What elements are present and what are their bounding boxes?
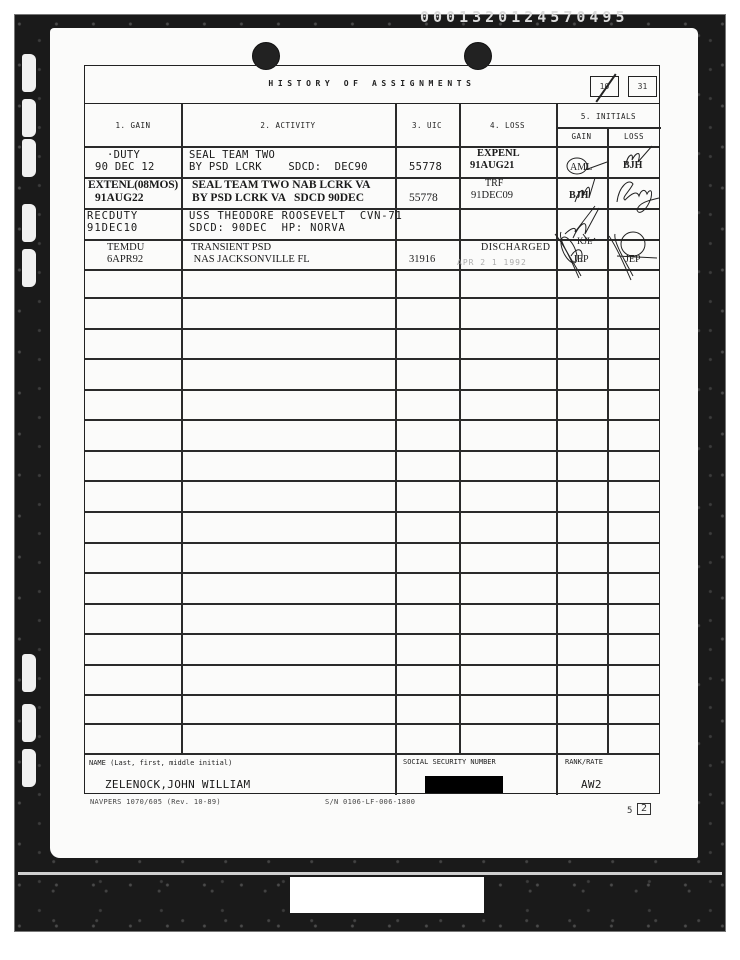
name-label: NAME (Last, first, middle initial) (89, 759, 232, 767)
activity-line-1: SEAL TEAM TWO (189, 149, 275, 161)
page-box-total-value: 31 (638, 82, 648, 91)
gain-type: RECDUTY (87, 210, 138, 222)
col-header-activity: 2. ACTIVITY (181, 121, 395, 130)
gain-date: 91AUG22 (95, 192, 144, 204)
signature-icon (569, 176, 599, 206)
discharge-stamp: APR 2 1 1992 (457, 258, 527, 267)
col-header-initials-gain: GAIN (556, 132, 607, 141)
binder-strip (14, 14, 44, 874)
row-divider (85, 511, 659, 513)
gain-type: EXTENL(08MOS) (88, 179, 178, 191)
col-header-gain: 1. GAIN (85, 121, 181, 130)
uic-value: 55778 (409, 161, 442, 173)
page-box-total: 31 (628, 76, 657, 97)
page-number: 2 (641, 803, 647, 814)
ssn-redaction (425, 776, 503, 793)
col-header-initials-loss: LOSS (607, 132, 661, 141)
gain-type: ·DUTY (107, 149, 140, 161)
loss-type: DISCHARGED (481, 242, 550, 254)
col-header-initials: 5. INITIALS (556, 112, 661, 121)
scan-edge-line (18, 872, 722, 875)
page-number-box: 2 (637, 803, 651, 815)
row-divider (85, 450, 659, 452)
form-number: NAVPERS 1070/605 (Rev. 10-89) (90, 798, 221, 806)
gain-type: TEMDU (107, 242, 144, 254)
row-divider (85, 480, 659, 482)
activity-line-2: BY PSD LCRK VA SDCD 90DEC (192, 192, 364, 204)
binder-tab (22, 654, 36, 692)
row-divider (85, 297, 659, 299)
row-divider (556, 127, 661, 129)
activity-line-1: USS THEODORE ROOSEVELT CVN-71 (189, 210, 403, 222)
form-title-row: HISTORY OF ASSIGNMENTS 10 31 (85, 66, 659, 104)
row-divider (85, 723, 659, 725)
loss-date: 91DEC09 (471, 190, 513, 202)
stock-number: S/N 0106-LF-006-1800 (325, 798, 415, 806)
row-divider (85, 664, 659, 666)
scan-number: 0001320124570495 (420, 8, 670, 26)
row-divider (85, 419, 659, 421)
binder-tab (22, 139, 36, 177)
loss-type: TRF (485, 178, 503, 190)
uic-value: 55778 (409, 192, 438, 204)
form-title: HISTORY OF ASSIGNMENTS (85, 79, 659, 88)
binder-tab (22, 249, 36, 287)
signature-icon (620, 144, 660, 168)
uic-value: 31916 (409, 254, 435, 266)
assignment-history-form: HISTORY OF ASSIGNMENTS 10 31 1. GAIN 2. … (84, 65, 660, 794)
signature-icon (611, 174, 661, 218)
activity-line-2: NAS JACKSONVILLE FL (191, 254, 310, 266)
rank-value: AW2 (581, 778, 602, 791)
signature-icon (551, 226, 601, 282)
gain-date: 6APR92 (107, 254, 143, 266)
loss-date: 91AUG21 (470, 160, 514, 172)
loss-type: EXPENL (477, 148, 520, 160)
gain-date: 91DEC10 (87, 222, 138, 234)
binder-tab (22, 54, 36, 92)
row-divider (85, 389, 659, 391)
row-divider (85, 753, 659, 755)
col-divider (181, 104, 183, 753)
binder-tab (22, 749, 36, 787)
activity-line-2: BY PSD LCRK SDCD: DEC90 (189, 161, 368, 173)
col-header-loss: 4. LOSS (459, 121, 556, 130)
row-divider (85, 572, 659, 574)
page-box-current: 10 (590, 76, 619, 97)
col-header-uic: 3. UIC (395, 121, 459, 130)
col-divider (459, 104, 461, 753)
name-value: ZELENOCK,JOHN WILLIAM (105, 778, 250, 791)
binder-tab (22, 704, 36, 742)
signature-icon (603, 226, 661, 282)
binder-tab (22, 99, 36, 137)
row-divider (85, 358, 659, 360)
row-divider (85, 633, 659, 635)
row-divider (85, 146, 659, 148)
redaction-block (290, 877, 484, 913)
binder-tab (22, 204, 36, 242)
row-divider (85, 694, 659, 696)
rank-label: RANK/RATE (565, 758, 603, 766)
row-divider (85, 328, 659, 330)
signature-icon (565, 154, 611, 176)
gain-date: 90 DEC 12 (95, 161, 155, 173)
page-prefix: 5 (627, 806, 632, 816)
activity-line-1: TRANSIENT PSD (191, 242, 271, 254)
row-divider (85, 603, 659, 605)
row-divider (85, 542, 659, 544)
strike-mark (595, 74, 616, 103)
activity-line-2: SDCD: 90DEC HP: NORVA (189, 222, 346, 234)
ssn-label: SOCIAL SECURITY NUMBER (403, 758, 496, 766)
activity-line-1: SEAL TEAM TWO NAB LCRK VA (192, 179, 370, 191)
